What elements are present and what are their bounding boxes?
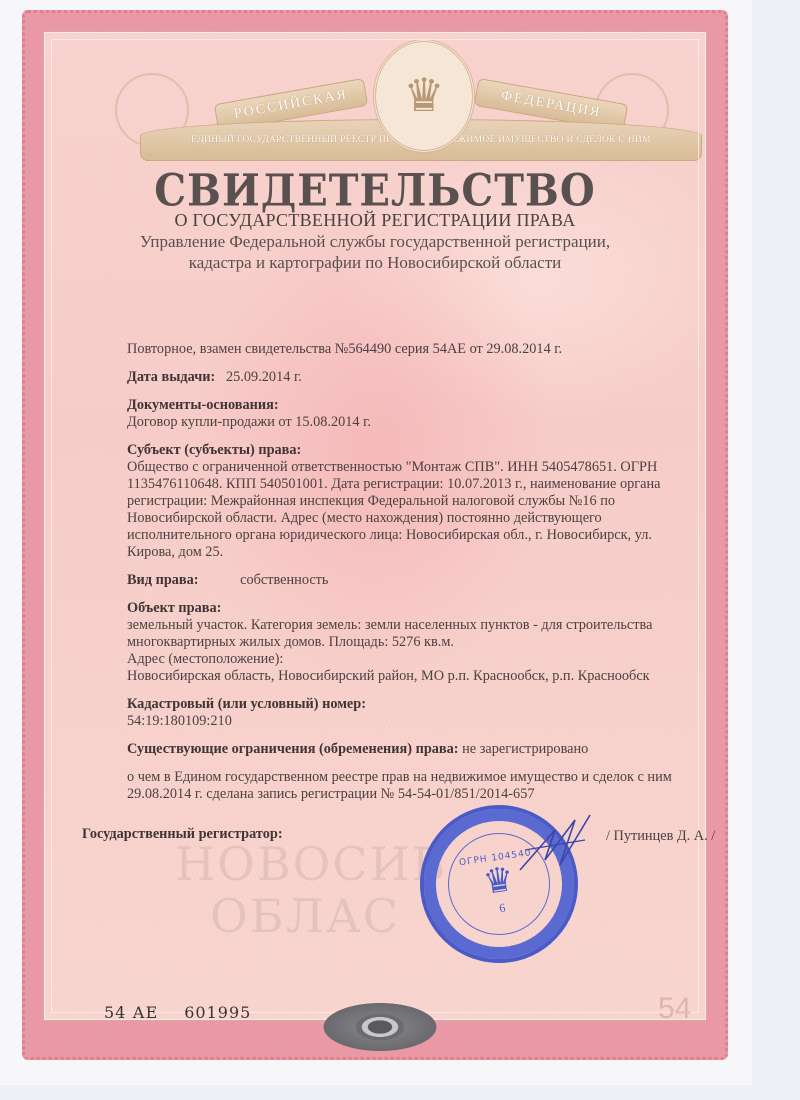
right-type-value: собственность (240, 572, 328, 588)
right-type: Вид права: собственность (127, 572, 707, 589)
repeat-note: Повторное, взамен свидетельства №564490 … (127, 341, 707, 358)
document-subtitle: О ГОСУДАРСТВЕННОЙ РЕГИСТРАЦИИ ПРАВА (45, 210, 705, 231)
blank-serial: 54 АЕ601995 (104, 1003, 251, 1022)
issue-date-label: Дата выдачи: (127, 369, 215, 385)
cadastral-value: 54:19:180109:210 (127, 713, 707, 730)
serial-number: 601995 (184, 1003, 251, 1022)
double-headed-eagle-icon: ♛ (403, 73, 444, 119)
document-title: СВИДЕТЕЛЬСТВО (45, 165, 705, 217)
region-watermark: НОВОСИБ ОБЛАС (175, 838, 435, 942)
guilloche-rosette (300, 992, 460, 1062)
subject-label: Субъект (субъекты) права: (127, 442, 707, 459)
registrar-label: Государственный регистратор: (82, 826, 283, 843)
object-line: земельный участок. Категория земель: зем… (127, 617, 707, 634)
registrar-name: / Путинцев Д. А. / (606, 828, 715, 845)
record-line-2: 29.08.2014 г. сделана запись регистрации… (127, 786, 707, 803)
banner-left-text: РОССИЙСКАЯ (233, 87, 349, 123)
documents-label: Документы-основания: (127, 397, 707, 414)
watermark-line-2: ОБЛАС (175, 890, 435, 942)
serial-series: 54 АЕ (104, 1003, 158, 1022)
subject-line: регистрации: Межрайонная инспекция Федер… (127, 493, 707, 510)
coat-of-arms: ♛ (373, 39, 475, 153)
issuing-agency: Управление Федеральной службы государств… (45, 231, 705, 273)
banner-right-text: ФЕДЕРАЦИЯ (500, 88, 603, 121)
certificate-body: Повторное, взамен свидетельства №564490 … (127, 341, 707, 803)
seal-number: 6 (498, 900, 506, 916)
region-code: 54 (658, 992, 691, 1026)
handwritten-signature (515, 810, 595, 880)
object-label: Объект права: (127, 600, 707, 617)
agency-line-2: кадастра и картографии по Новосибирской … (45, 252, 705, 273)
watermark-line-1: НОВОСИБ (175, 838, 435, 890)
subject-line: 1135476110648. КПП 540501001. Дата регис… (127, 476, 707, 493)
object-line: Новосибирская область, Новосибирский рай… (127, 668, 707, 685)
subject-line: Кирова, дом 25. (127, 544, 707, 561)
agency-line-1: Управление Федеральной службы государств… (45, 231, 705, 252)
restrictions-value: не зарегистрировано (462, 741, 588, 757)
eagle-icon: ♛ (481, 861, 516, 903)
object-line: многоквартирных жилых домов. Площадь: 52… (127, 634, 707, 651)
right-type-label: Вид права: (127, 572, 199, 588)
object-line: Адрес (местоположение): (127, 651, 707, 668)
record-line-1: о чем в Едином государственном реестре п… (127, 769, 707, 786)
cadastral-label: Кадастровый (или условный) номер: (127, 696, 707, 713)
subject-line: Новосибирской области. Адрес (место нахо… (127, 510, 707, 527)
documents-value: Договор купли-продажи от 15.08.2014 г. (127, 414, 707, 431)
subject-line: исполнительного органа юридического лица… (127, 527, 707, 544)
restrictions: Существующие ограничения (обременения) п… (127, 741, 707, 758)
issue-date: Дата выдачи: 25.09.2014 г. (127, 369, 707, 386)
issue-date-value: 25.09.2014 г. (226, 369, 302, 385)
restrictions-label: Существующие ограничения (обременения) п… (127, 741, 459, 757)
subject-line: Общество с ограниченной ответственностью… (127, 459, 707, 476)
